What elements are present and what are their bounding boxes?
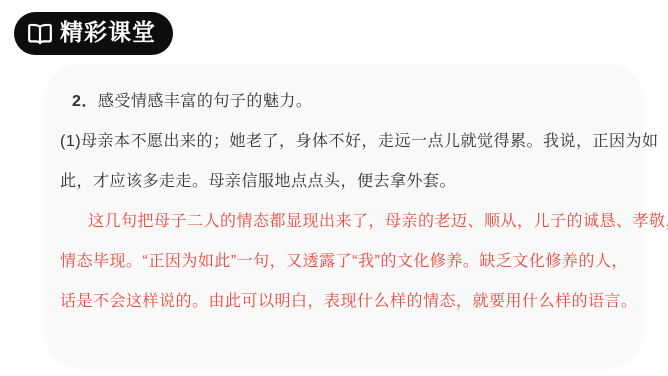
lesson-section-badge: 精彩课堂	[14, 12, 173, 55]
heading-text: 感受情感丰富的句子的魅力。	[98, 93, 313, 110]
analysis-line: 情态毕现。“正因为如此”一句，又透露了“我”的文化修养。缺乏文化修养的人，	[60, 242, 616, 282]
quote-paragraph: (1)母亲本不愿出来的；她老了，身体不好，走远一点儿就觉得累。我说，正因为如 此…	[60, 122, 616, 202]
content-card: 2．感受情感丰富的句子的魅力。 (1)母亲本不愿出来的；她老了，身体不好，走远一…	[46, 64, 642, 366]
analysis-line: 这几句把母子二人的情态都显现出来了，母亲的老迈、顺从，儿子的诚恳、孝敬，	[60, 202, 616, 242]
quote-line: (1)母亲本不愿出来的；她老了，身体不好，走远一点儿就觉得累。我说，正因为如	[60, 122, 616, 162]
quote-line: 此，才应该多走走。母亲信服地点点头，便去拿外套。	[60, 162, 616, 202]
section-heading: 2．感受情感丰富的句子的魅力。	[60, 82, 616, 122]
analysis-line: 话是不会这样说的。由此可以明白，表现什么样的情态，就要用什么样的语言。	[60, 282, 616, 322]
open-book-icon	[27, 22, 53, 46]
heading-number: 2．	[72, 93, 98, 110]
badge-label: 精彩课堂	[60, 21, 156, 46]
analysis-paragraph: 这几句把母子二人的情态都显现出来了，母亲的老迈、顺从，儿子的诚恳、孝敬， 情态毕…	[60, 202, 616, 322]
